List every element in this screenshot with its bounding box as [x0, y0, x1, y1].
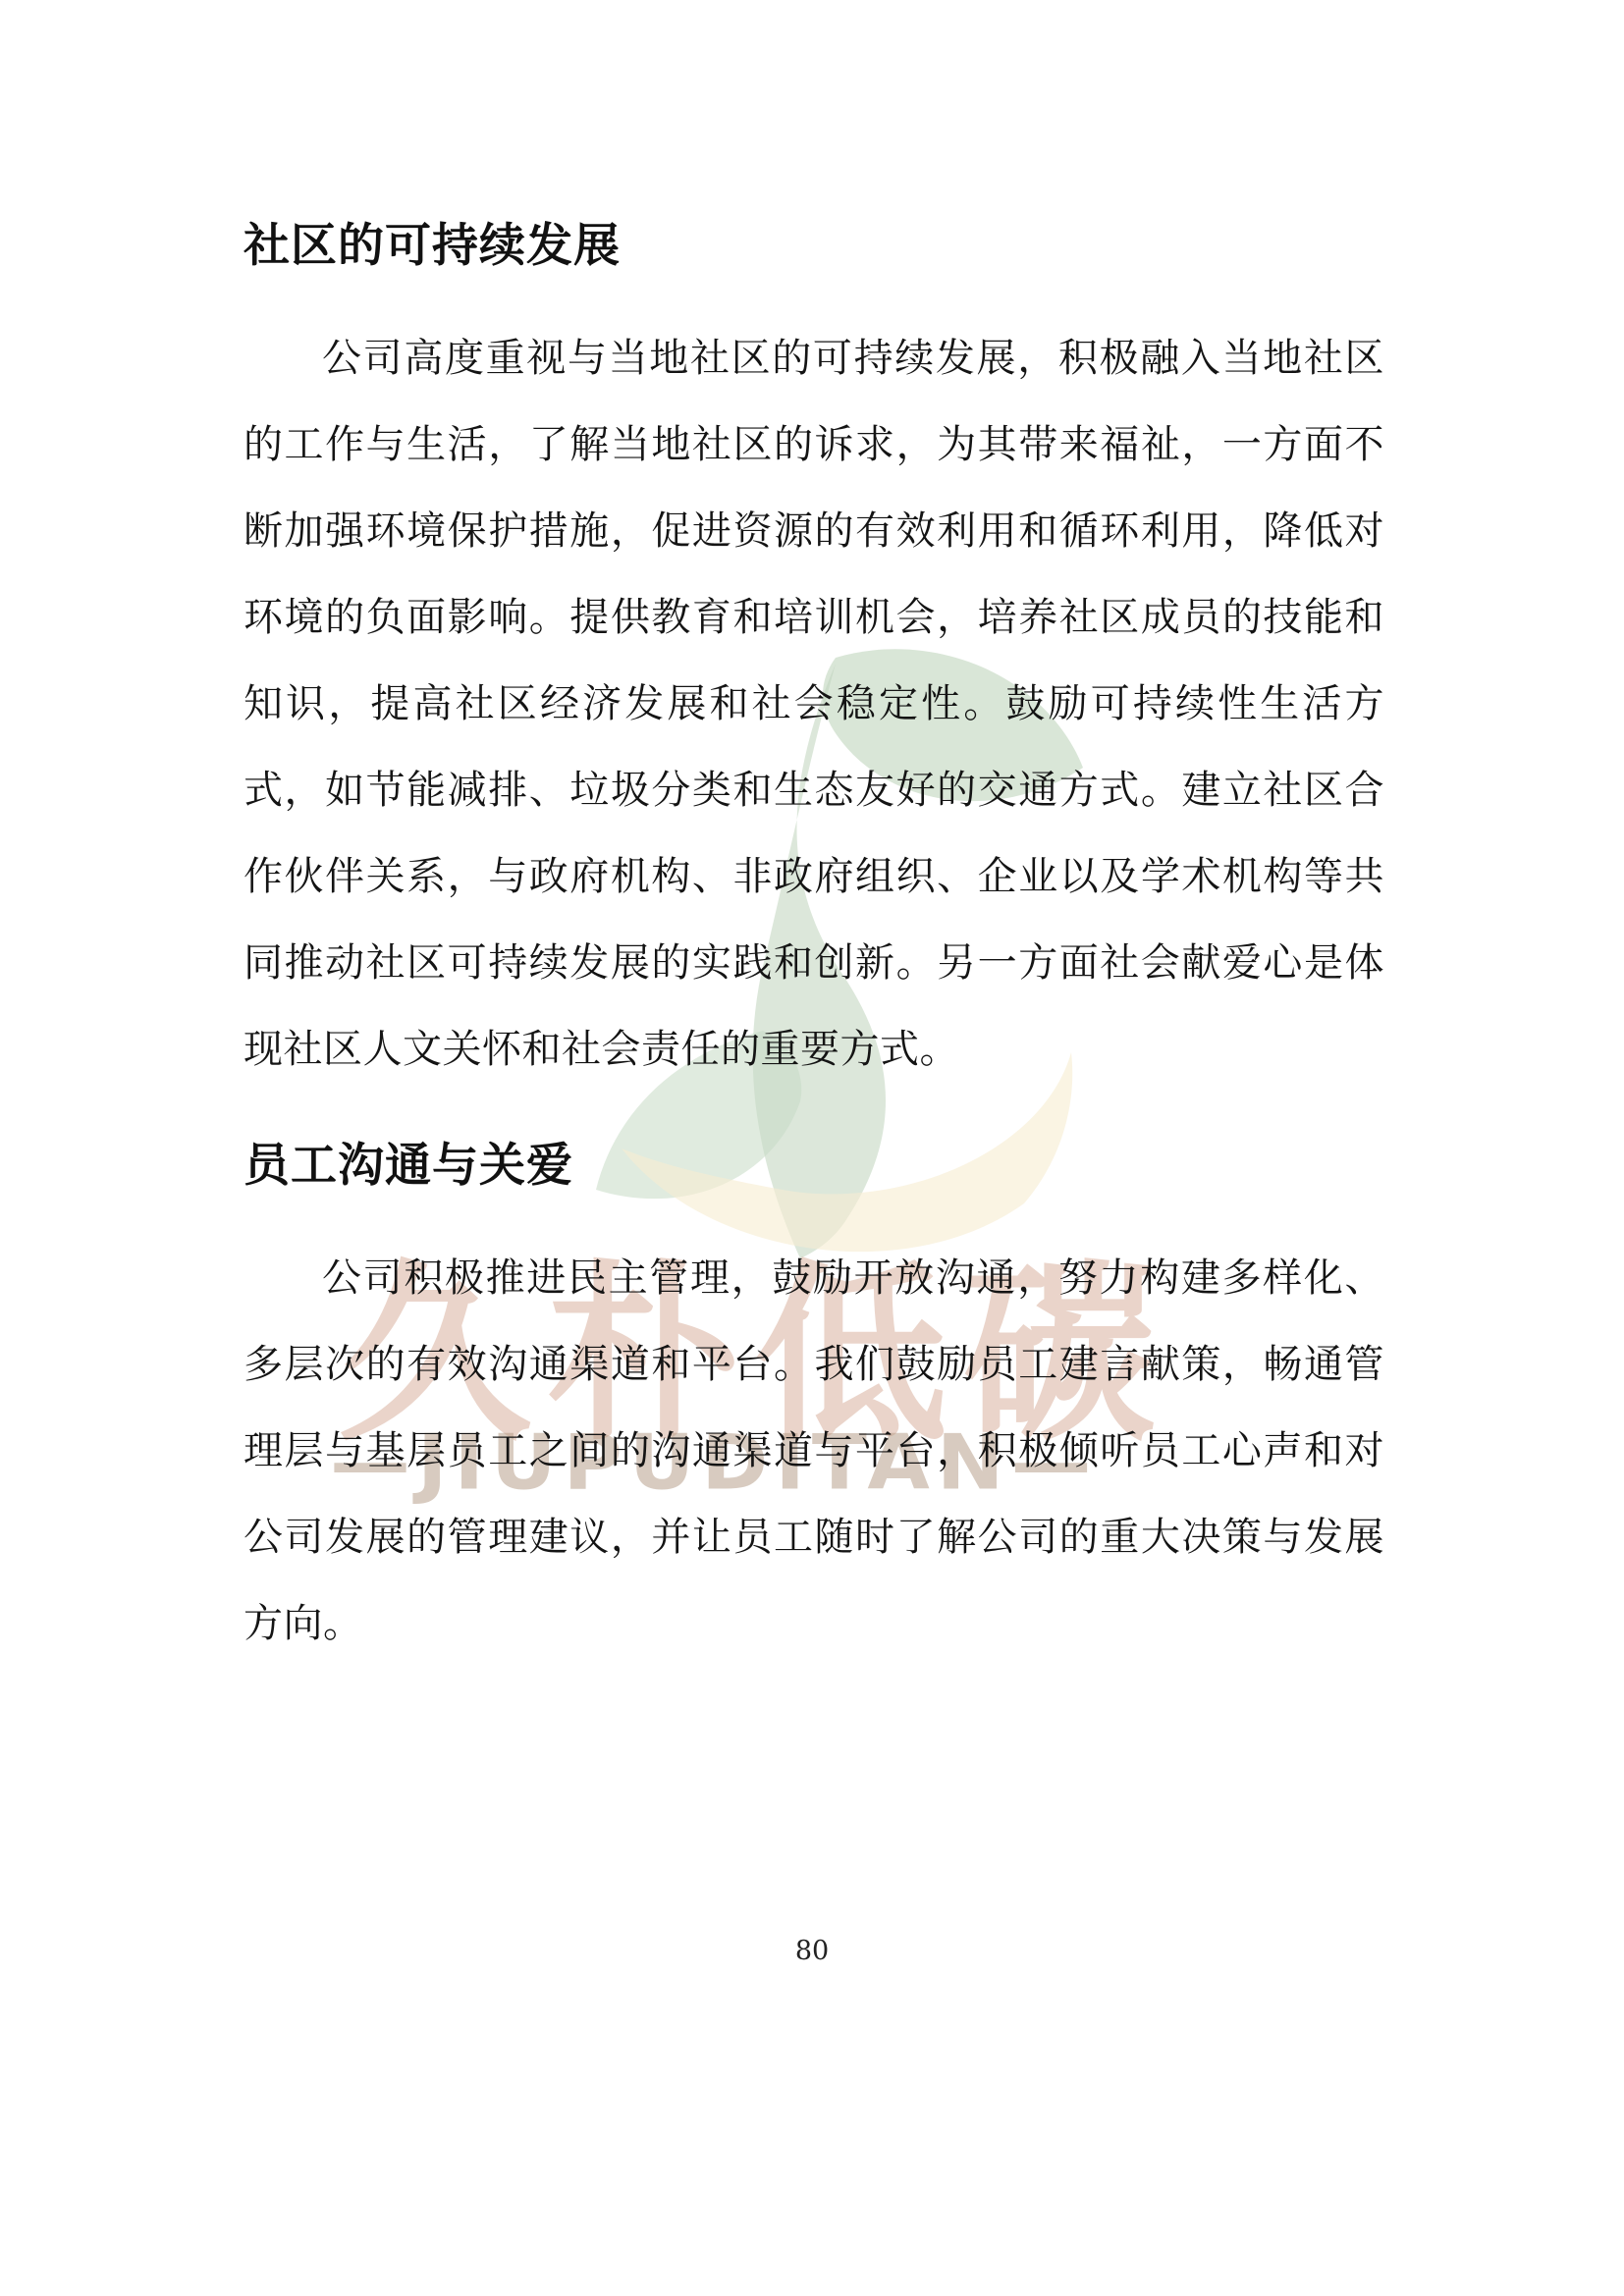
section-heading-employee: 员工沟通与关爱	[244, 1138, 1384, 1196]
document-page: 久朴低碳 —JIUPUDITAN— 社区的可持续发展 公司高度重视与当地社区的可…	[0, 0, 1624, 2296]
section-body-community: 公司高度重视与当地社区的可持续发展，积极融入当地社区的工作与生活，了解当地社区的…	[244, 315, 1384, 1093]
page-number: 80	[0, 1936, 1624, 1966]
section-body-employee: 公司积极推进民主管理，鼓励开放沟通，努力构建多样化、多层次的有效沟通渠道和平台。…	[244, 1235, 1384, 1667]
section-heading-community: 社区的可持续发展	[244, 0, 1384, 276]
